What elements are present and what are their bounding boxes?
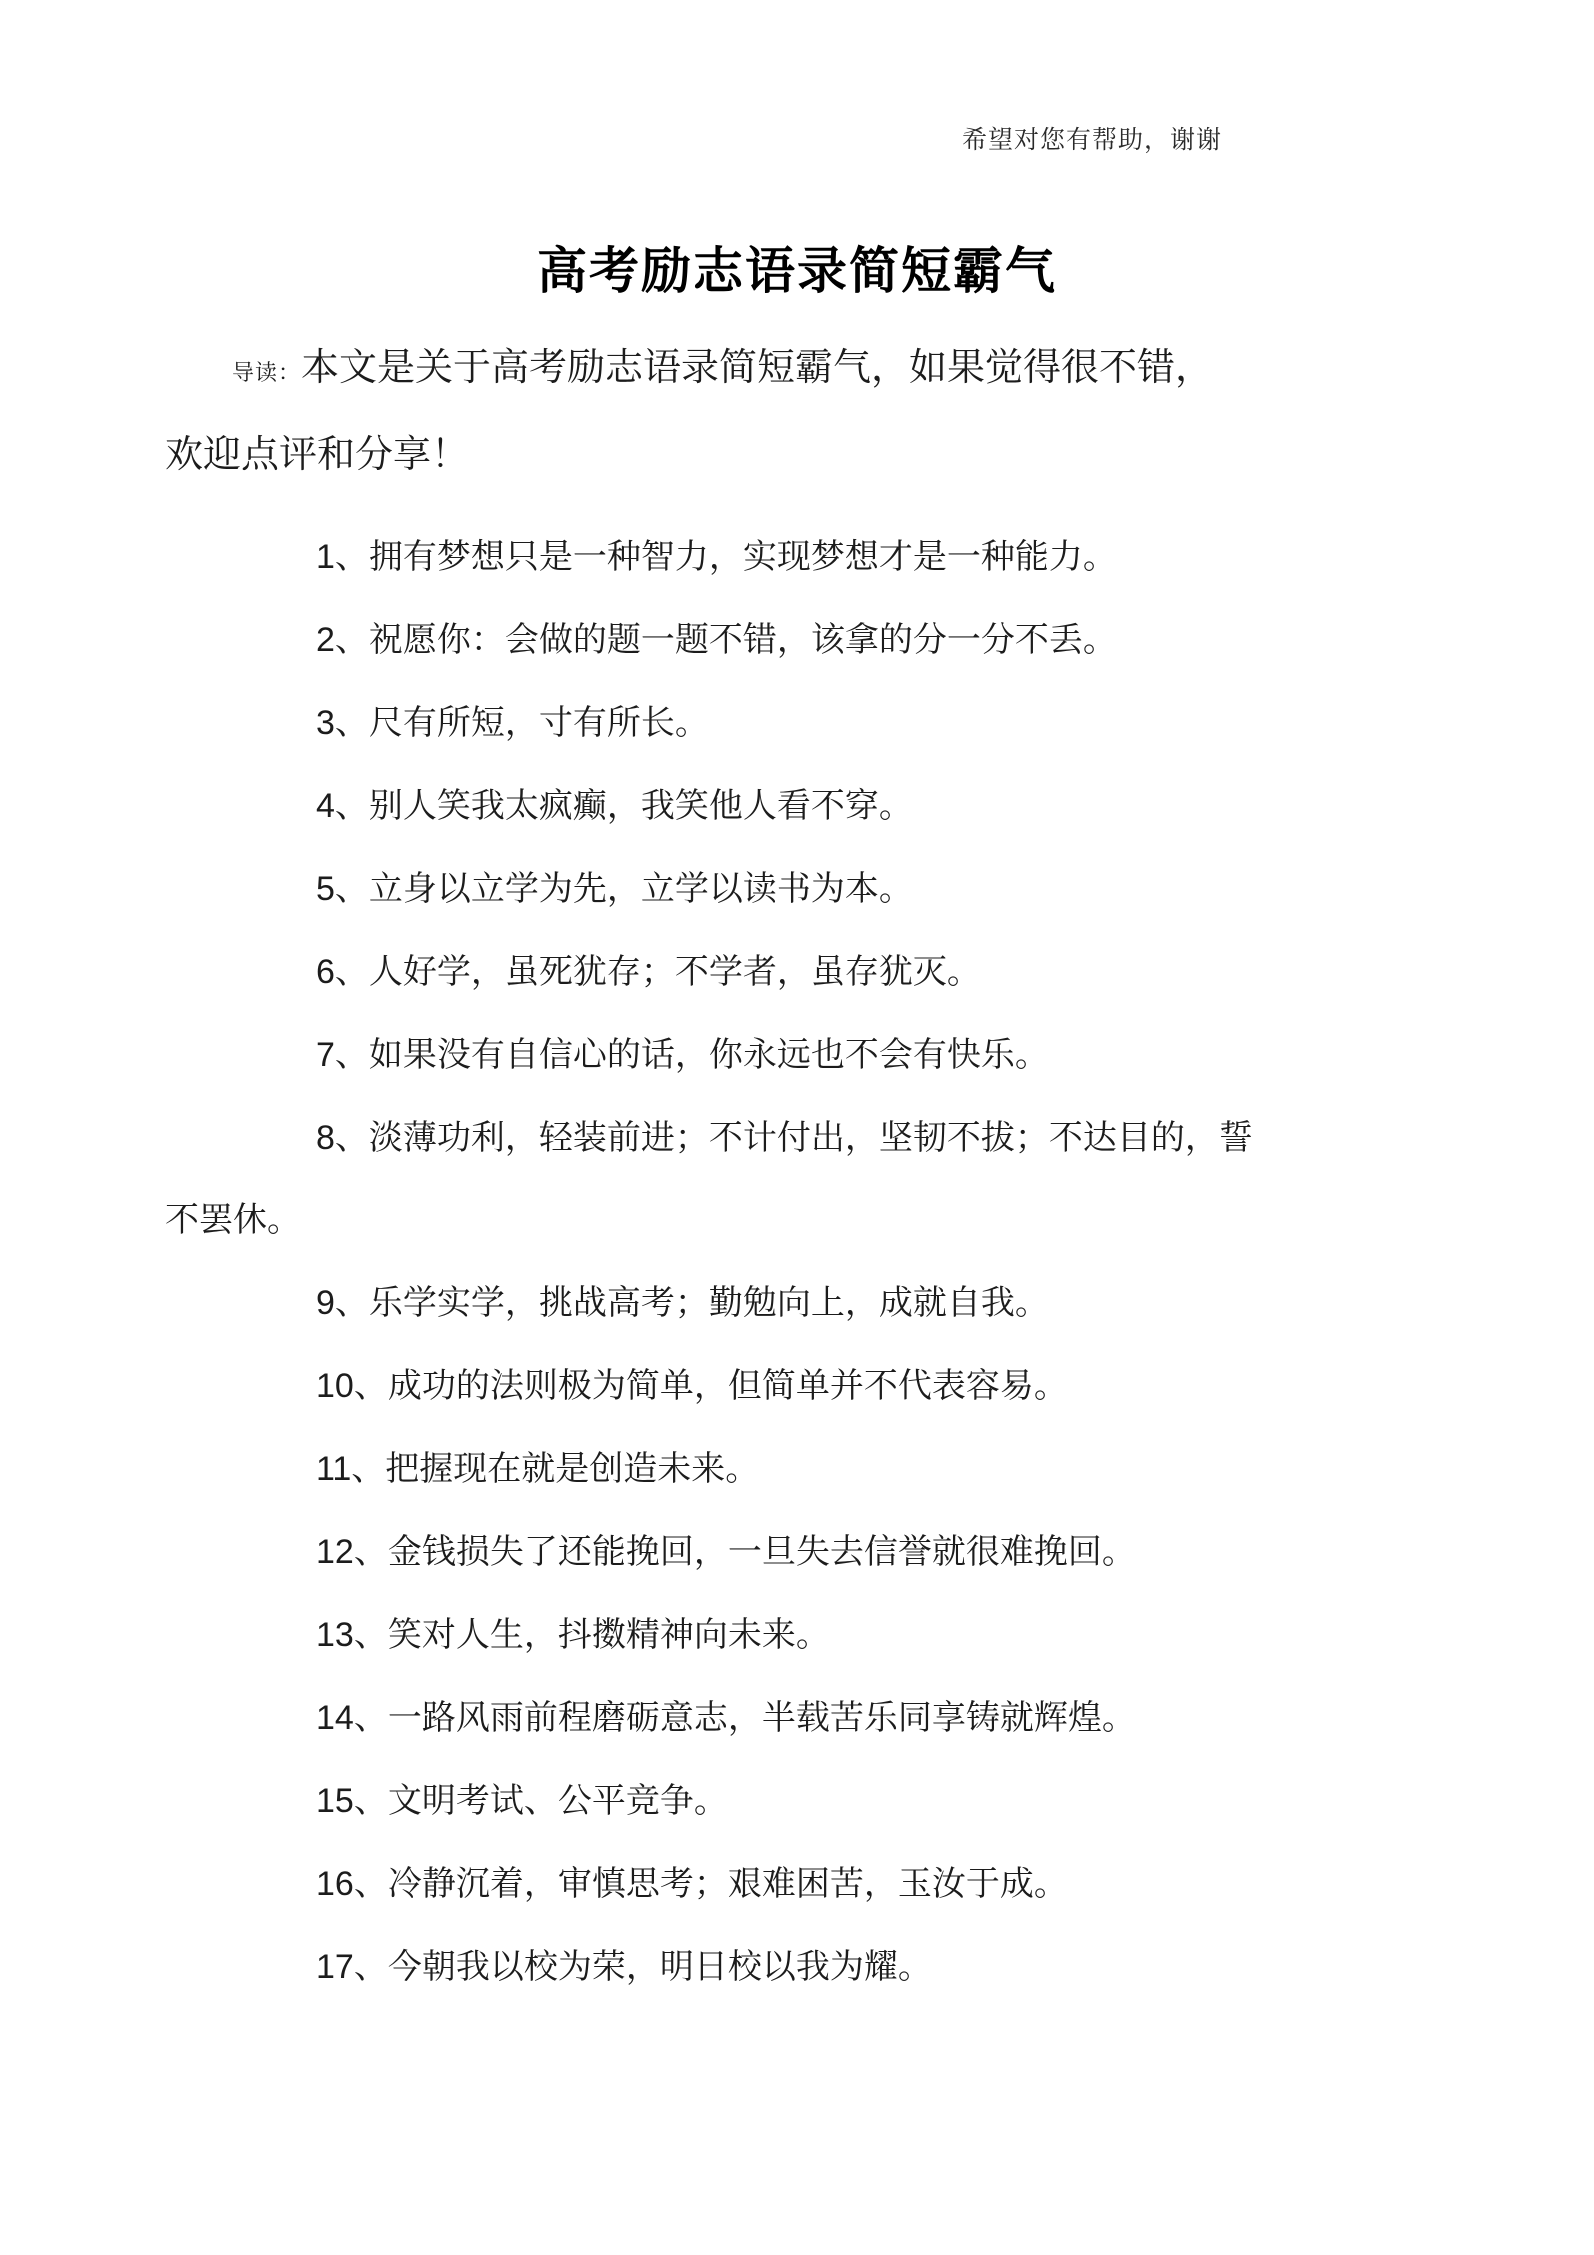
quote-item: 1、拥有梦想只是一种智力，实现梦想才是一种能力。 <box>165 516 1305 599</box>
quote-item: 3、尺有所短，寸有所长。 <box>165 682 1305 765</box>
quote-text: 尺有所短，寸有所长。 <box>369 705 709 742</box>
quote-text: 成功的法则极为简单，但简单并不代表容易。 <box>388 1368 1068 1405</box>
quote-number: 15、 <box>316 1782 388 1820</box>
quote-item: 5、立身以立学为先，立学以读书为本。 <box>165 848 1305 931</box>
quote-text: 乐学实学，挑战高考；勤勉向上，成就自我。 <box>369 1285 1049 1322</box>
quote-number: 14、 <box>316 1699 388 1737</box>
page-title: 高考励志语录简短霸气 <box>0 235 1594 307</box>
quote-text: 拥有梦想只是一种智力，实现梦想才是一种能力。 <box>369 539 1117 576</box>
quote-item: 13、笑对人生，抖擞精神向未来。 <box>165 1594 1305 1677</box>
quote-text: 冷静沉着，审慎思考；艰难困苦，玉汝于成。 <box>388 1866 1068 1903</box>
quote-number: 9、 <box>316 1284 369 1322</box>
quote-text: 把握现在就是创造未来。 <box>385 1451 759 1488</box>
quote-number: 5、 <box>316 870 369 908</box>
quote-text: 笑对人生，抖擞精神向未来。 <box>388 1617 830 1654</box>
quote-number: 11、 <box>316 1450 385 1488</box>
quote-item: 14、一路风雨前程磨砺意志，半载苦乐同享铸就辉煌。 <box>165 1677 1305 1760</box>
quote-item: 6、人好学，虽死犹存；不学者，虽存犹灭。 <box>165 931 1305 1014</box>
quote-number: 8、 <box>316 1119 369 1157</box>
quote-number: 16、 <box>316 1865 388 1903</box>
quote-number: 7、 <box>316 1036 369 1074</box>
quote-item: 7、如果没有自信心的话，你永远也不会有快乐。 <box>165 1014 1305 1097</box>
quote-number: 1、 <box>316 538 369 576</box>
quote-list: 1、拥有梦想只是一种智力，实现梦想才是一种能力。 2、祝愿你：会做的题一题不错，… <box>165 516 1305 2009</box>
quote-text: 人好学，虽死犹存；不学者，虽存犹灭。 <box>369 954 981 991</box>
quote-text: 别人笑我太疯癫，我笑他人看不穿。 <box>369 788 913 825</box>
quote-text: 祝愿你：会做的题一题不错，该拿的分一分不丢。 <box>369 622 1117 659</box>
quote-item: 15、文明考试、公平竞争。 <box>165 1760 1305 1843</box>
quote-number: 3、 <box>316 704 369 742</box>
intro-text: 本文是关于高考励志语录简短霸气，如果觉得很不错， 欢迎点评和分享！ <box>165 347 1213 476</box>
quote-item: 17、今朝我以校为荣，明日校以我为耀。 <box>165 1926 1305 2009</box>
quote-text: 立身以立学为先，立学以读书为本。 <box>369 871 913 908</box>
quote-item: 9、乐学实学，挑战高考；勤勉向上，成就自我。 <box>165 1262 1305 1345</box>
quote-number: 6、 <box>316 953 369 991</box>
quote-text: 如果没有自信心的话，你永远也不会有快乐。 <box>369 1037 1049 1074</box>
quote-text: 今朝我以校为荣，明日校以我为耀。 <box>388 1949 932 1986</box>
page-header: 希望对您有帮助，谢谢 <box>0 122 1594 160</box>
quote-item: 2、祝愿你：会做的题一题不错，该拿的分一分不丢。 <box>165 599 1305 682</box>
quote-number: 4、 <box>316 787 369 825</box>
quote-number: 10、 <box>316 1367 388 1405</box>
quote-text: 金钱损失了还能挽回，一旦失去信誉就很难挽回。 <box>388 1534 1136 1571</box>
document-body: 导读：本文是关于高考励志语录简短霸气，如果觉得很不错， 欢迎点评和分享！ 1、拥… <box>165 327 1305 2009</box>
quote-number: 17、 <box>316 1948 388 1986</box>
quote-item: 10、成功的法则极为简单，但简单并不代表容易。 <box>165 1345 1305 1428</box>
intro-label: 导读： <box>232 360 301 385</box>
document-page: 希望对您有帮助，谢谢 高考励志语录简短霸气 导读：本文是关于高考励志语录简短霸气… <box>0 0 1594 2255</box>
quote-text: 文明考试、公平竞争。 <box>388 1783 728 1820</box>
quote-number: 2、 <box>316 621 369 659</box>
quote-item: 4、别人笑我太疯癫，我笑他人看不穿。 <box>165 765 1305 848</box>
header-note: 希望对您有帮助，谢谢 <box>962 127 1222 154</box>
quote-number: 13、 <box>316 1616 388 1654</box>
quote-number: 12、 <box>316 1533 388 1571</box>
intro-paragraph: 导读：本文是关于高考励志语录简短霸气，如果觉得很不错， 欢迎点评和分享！ <box>165 327 1305 496</box>
quote-item: 16、冷静沉着，审慎思考；艰难困苦，玉汝于成。 <box>165 1843 1305 1926</box>
quote-item: 8、淡薄功利，轻装前进；不计付出，坚韧不拔；不达目的，誓 不罢休。 <box>165 1097 1305 1262</box>
quote-item: 12、金钱损失了还能挽回，一旦失去信誉就很难挽回。 <box>165 1511 1305 1594</box>
quote-text: 一路风雨前程磨砺意志，半载苦乐同享铸就辉煌。 <box>388 1700 1136 1737</box>
quote-item: 11、把握现在就是创造未来。 <box>165 1428 1305 1511</box>
